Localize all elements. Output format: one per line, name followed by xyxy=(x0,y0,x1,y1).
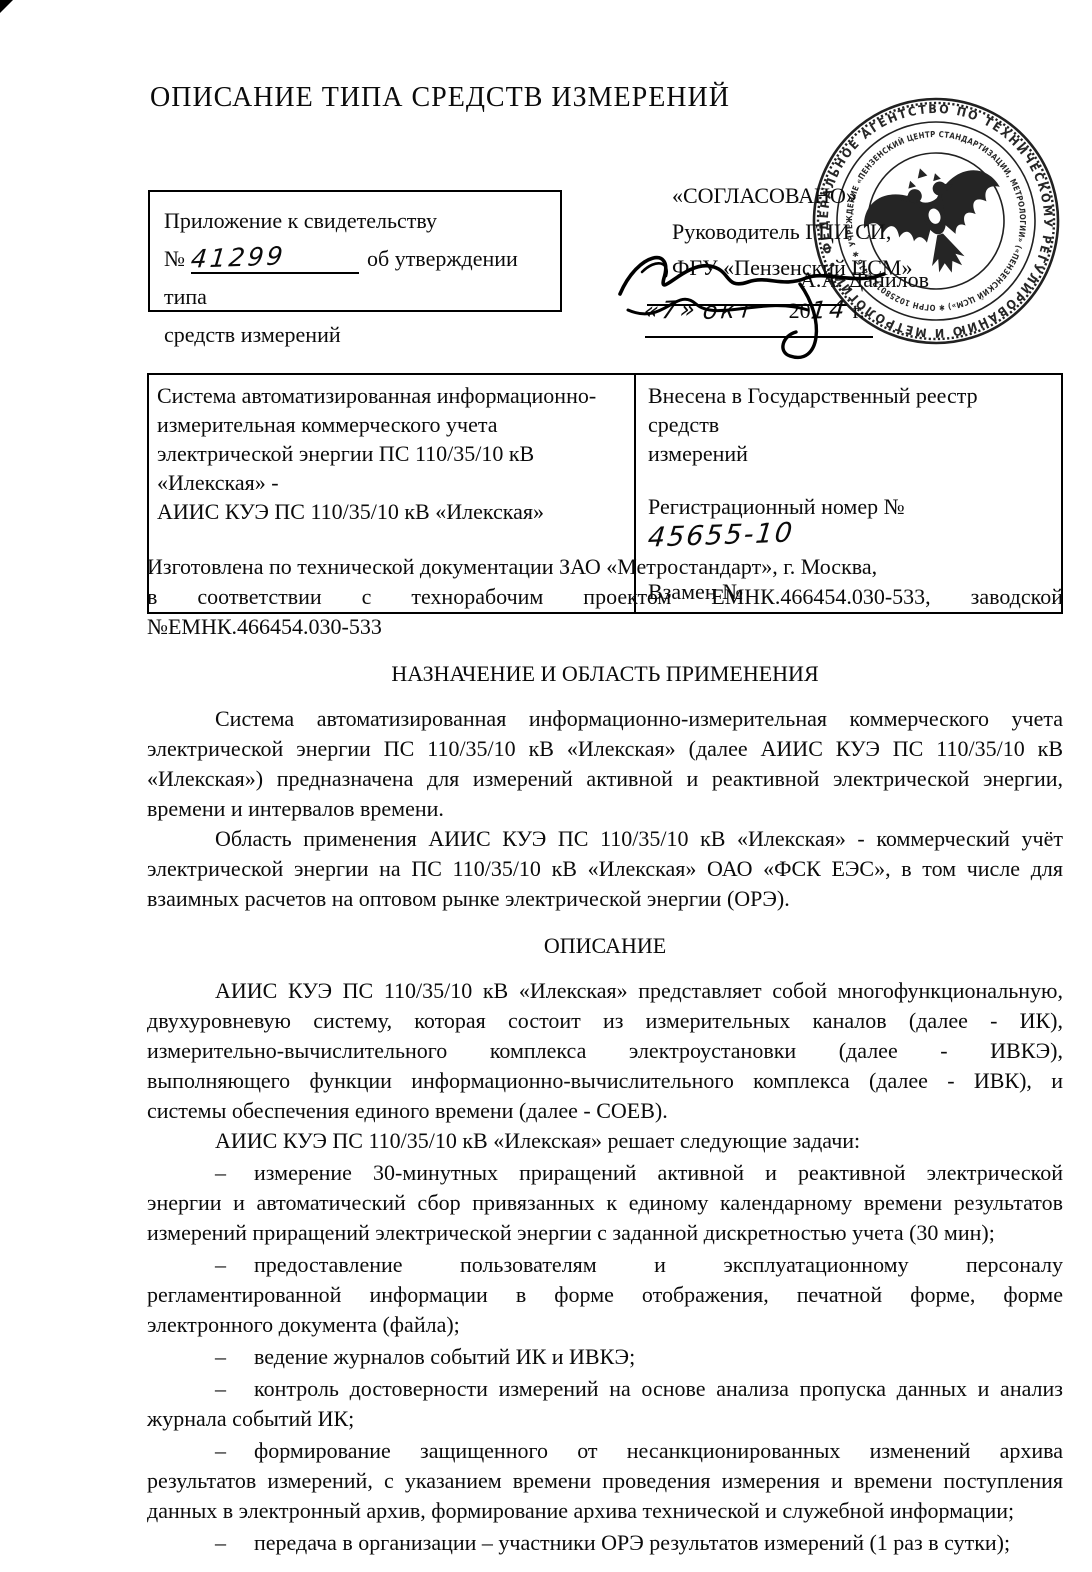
number-sign-label: № xyxy=(164,246,185,271)
dash-marker: – xyxy=(215,1438,226,1463)
bullet-line: –ведение журналов событий ИК и ИВКЭ; xyxy=(147,1342,1063,1372)
bullet-line: –формирование защищенного от несанкциони… xyxy=(147,1436,1063,1466)
registration-number-line: Регистрационный номер №45655-10 xyxy=(648,492,1049,551)
manufacture-line: Изготовлена по технической документации … xyxy=(147,552,1063,582)
dash-marker: – xyxy=(215,1530,226,1555)
bullet-line: –измерение 30-минутных приращений активн… xyxy=(147,1158,1063,1188)
cert-box-line3: средств измерений xyxy=(164,316,546,354)
purpose-para2-line: электрической энергии на ПС 110/35/10 кВ… xyxy=(147,854,1063,884)
page-title: ОПИСАНИЕ ТИПА СРЕДСТВ ИЗМЕРЕНИЙ xyxy=(150,82,730,114)
bullet-text: передача в организации – участники ОРЭ р… xyxy=(254,1530,1010,1555)
purpose-para1-line: электрической энергии ПС 110/35/10 кВ «И… xyxy=(147,734,1063,764)
bullet-text: ведение журналов событий ИК и ИВКЭ; xyxy=(254,1344,635,1369)
dash-marker: – xyxy=(215,1344,226,1369)
system-name-line: АИИС КУЭ ПС 110/35/10 кВ «Илекская» xyxy=(157,497,626,526)
description-para1-line: двухуровневую систему, которая состоит и… xyxy=(147,1006,1063,1036)
manufacture-line: №ЕМНК.466454.030-533 xyxy=(147,612,1063,642)
certificate-annex-box: Приложение к свидетельству №41299об утве… xyxy=(148,190,562,312)
bullet-text: контроль достоверности измерений на осно… xyxy=(254,1376,1063,1401)
section-heading-purpose: НАЗНАЧЕНИЕ И ОБЛАСТЬ ПРИМЕНЕНИЯ xyxy=(147,659,1063,689)
bullet-line: данных в электронный архив, формирование… xyxy=(147,1496,1063,1526)
purpose-para2-line: Область применения АИИС КУЭ ПС 110/35/10… xyxy=(147,824,1063,854)
description-para1-line: АИИС КУЭ ПС 110/35/10 кВ «Илекская» пред… xyxy=(147,976,1063,1006)
bullet-text: формирование защищенного от несанкционир… xyxy=(254,1438,1063,1463)
entered-line: Внесена в Государственный реестр средств xyxy=(648,381,1049,439)
document-body: Изготовлена по технической документации … xyxy=(147,552,1063,1558)
bullet-line: журнала событий ИК; xyxy=(147,1404,1063,1434)
purpose-para1-line: Система автоматизированная информационно… xyxy=(147,704,1063,734)
bullet-line: результатов измерений, с указанием време… xyxy=(147,1466,1063,1496)
purpose-para1-line: «Илекская») предназначена для измерений … xyxy=(147,764,1063,794)
bullet-line: –передача в организации – участники ОРЭ … xyxy=(147,1528,1063,1558)
signature-scribble xyxy=(612,228,952,368)
bullet-line: –контроль достоверности измерений на осн… xyxy=(147,1374,1063,1404)
bullet-line: электронного документа (файла); xyxy=(147,1310,1063,1340)
scanned-document-page: ОПИСАНИЕ ТИПА СРЕДСТВ ИЗМЕРЕНИЙ Приложен… xyxy=(0,0,1092,1572)
bullet-line: регламентированной информации в форме от… xyxy=(147,1280,1063,1310)
purpose-para2-line: взаимных расчетов на оптовом рынке элект… xyxy=(147,884,1063,914)
cert-box-line1: Приложение к свидетельству xyxy=(164,202,546,240)
dash-marker: – xyxy=(215,1252,226,1277)
bullet-line: энергии и автоматический сбор привязанны… xyxy=(147,1188,1063,1218)
entered-line: измерений xyxy=(648,439,1049,468)
certificate-number-underline: 41299 xyxy=(191,245,359,274)
system-name-line: «Илекская» - xyxy=(157,468,626,497)
bullet-text: предоставление пользователям и эксплуата… xyxy=(254,1252,1063,1277)
system-name-line: измерительная коммерческого учета xyxy=(157,410,626,439)
system-name-line: Система автоматизированная информационно… xyxy=(157,381,626,410)
description-para1-line: измерительно-вычислительного комплекса э… xyxy=(147,1036,1063,1066)
bullet-line: измерений приращений электрической энерг… xyxy=(147,1218,1063,1248)
registration-number-handwritten: 45655-10 xyxy=(647,518,796,552)
bullet-text: измерение 30-минутных приращений активно… xyxy=(254,1160,1063,1185)
scan-corner-artifact xyxy=(0,0,13,13)
description-para1-line: выполняющего функции информационно-вычис… xyxy=(147,1066,1063,1096)
section-heading-description: ОПИСАНИЕ xyxy=(147,931,1063,961)
system-name-line: электрической энергии ПС 110/35/10 кВ xyxy=(157,439,626,468)
tasks-intro-line: АИИС КУЭ ПС 110/35/10 кВ «Илекская» реша… xyxy=(147,1126,1063,1156)
dash-marker: – xyxy=(215,1376,226,1401)
bullet-line: –предоставление пользователям и эксплуат… xyxy=(147,1250,1063,1280)
description-para1-line: системы обеспечения единого времени (дал… xyxy=(147,1096,1063,1126)
registration-number-label: Регистрационный номер № xyxy=(648,494,905,519)
manufacture-line: в соответствии с технорабочим проектом Е… xyxy=(147,582,1063,612)
dash-marker: – xyxy=(215,1160,226,1185)
certificate-number-handwritten: 41299 xyxy=(190,243,287,272)
purpose-para1-line: времени и интервалов времени. xyxy=(147,794,1063,824)
cert-box-line2: №41299об утверждении типа xyxy=(164,240,546,316)
